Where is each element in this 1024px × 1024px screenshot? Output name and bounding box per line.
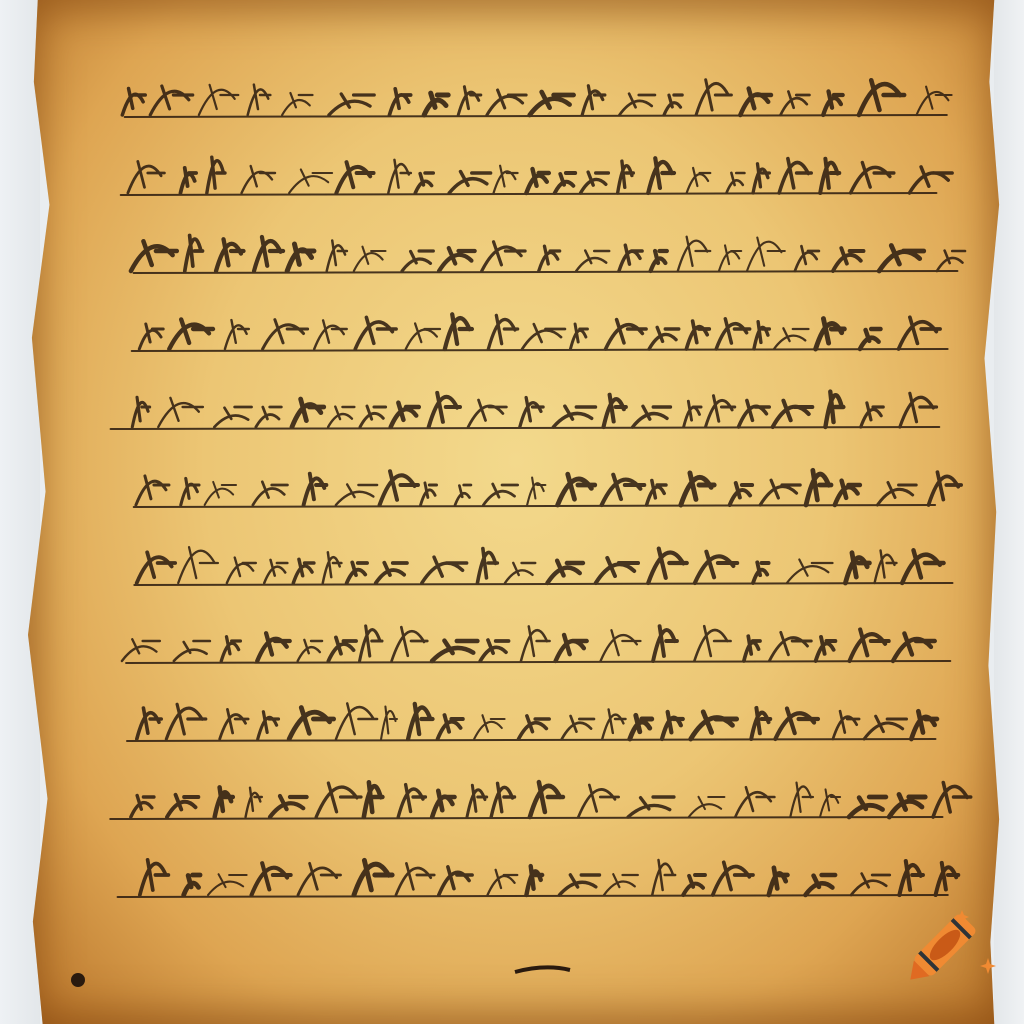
crayon-icon [890, 890, 1000, 1000]
hieroglyphic-script [0, 0, 1024, 1024]
ink-blot [71, 973, 85, 987]
